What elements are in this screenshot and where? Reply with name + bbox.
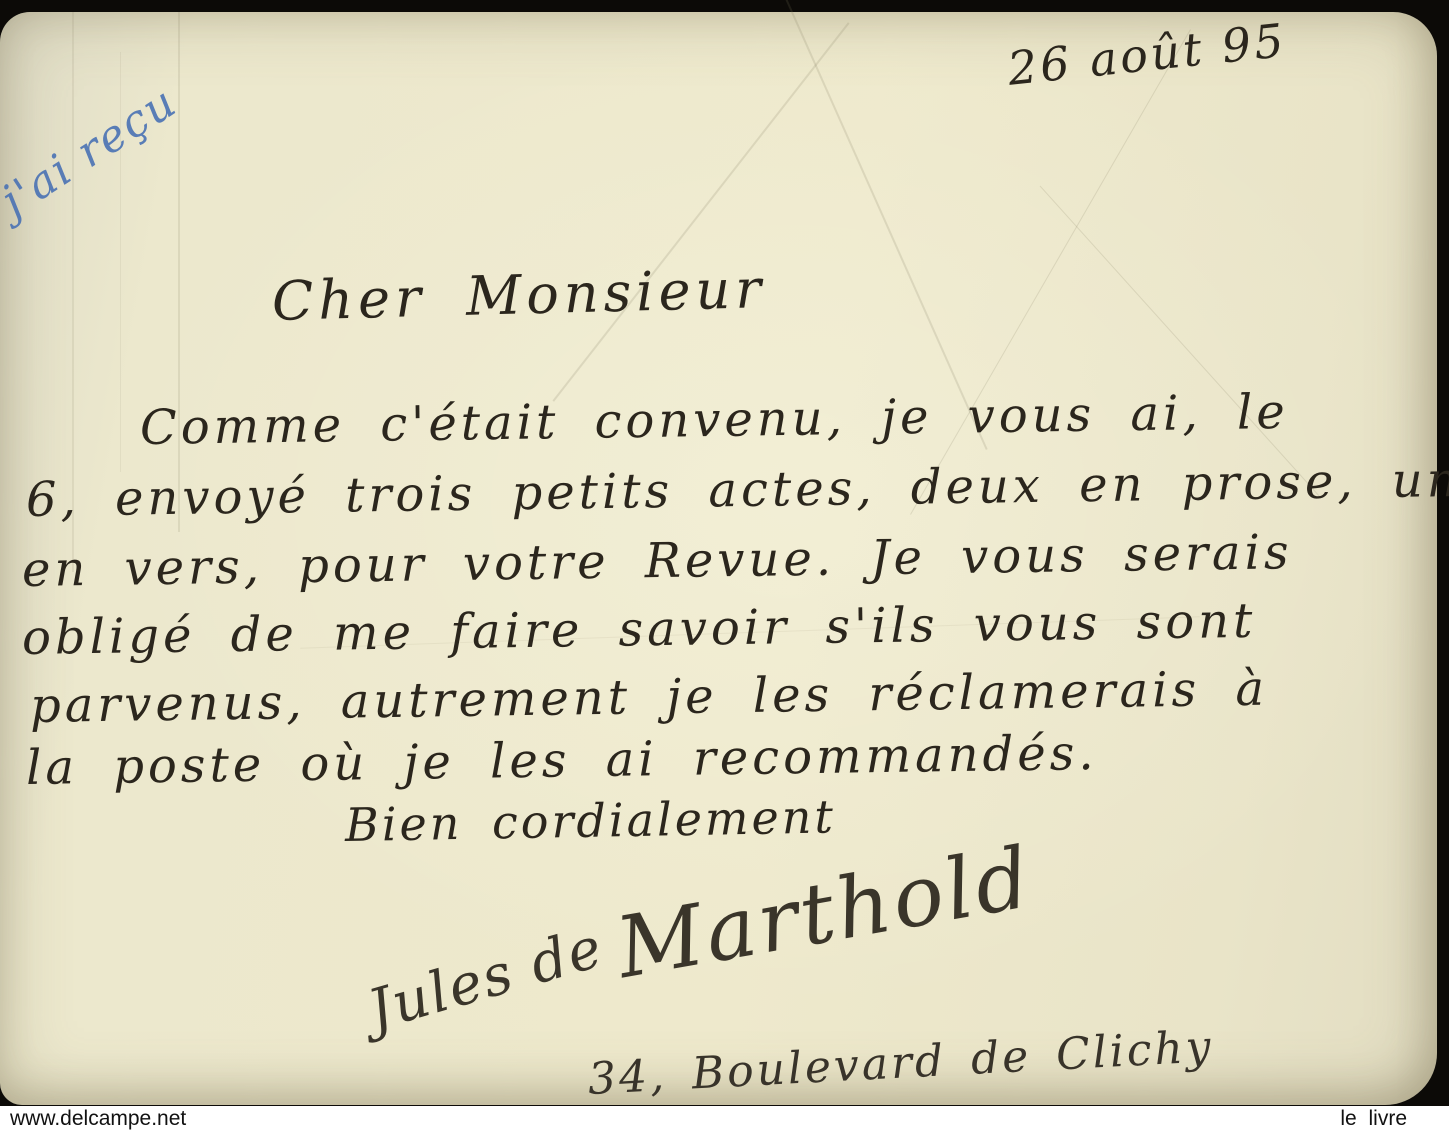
letter-salutation: Cher Monsieur [271,257,767,333]
scratch-line [774,0,987,450]
watermark-category: le livre [1340,1106,1407,1132]
watermark-bar: www.delcampe.net le livre [0,1106,1449,1132]
watermark-url: www.delcampe.net [10,1106,186,1132]
handwriting-line: 6, envoyé trois petits actes, deux en pr… [26,452,1449,528]
letter-date: 26 août 95 [1005,13,1289,96]
signature-last-name: Marthold [609,828,1039,997]
letter-address: 34, Boulevard de Clichy [587,1021,1215,1105]
scratch-line [1040,186,1322,499]
scratch-line [552,22,849,401]
signature-first-name: Jules de [361,915,611,1044]
scan-backdrop: 26 août 95 j'ai reçu Cher Monsieur Comme… [0,0,1449,1132]
handwriting-line: la poste où je les ai recommandés. [26,725,1098,796]
handwriting-line: Comme c'était convenu, je vous ai, le [140,384,1289,456]
letter-card: 26 août 95 j'ai reçu Cher Monsieur Comme… [0,12,1437,1105]
letter-closing: Bien cordialement [345,789,837,852]
handwriting-line: obligé de me faire savoir s'ils vous son… [22,593,1257,666]
handwriting-line: parvenus, autrement je les réclamerais à [30,661,1269,734]
blue-pencil-annotation: j'ai reçu [0,76,186,227]
handwriting-line: en vers, pour votre Revue. Je vous serai… [22,524,1293,598]
